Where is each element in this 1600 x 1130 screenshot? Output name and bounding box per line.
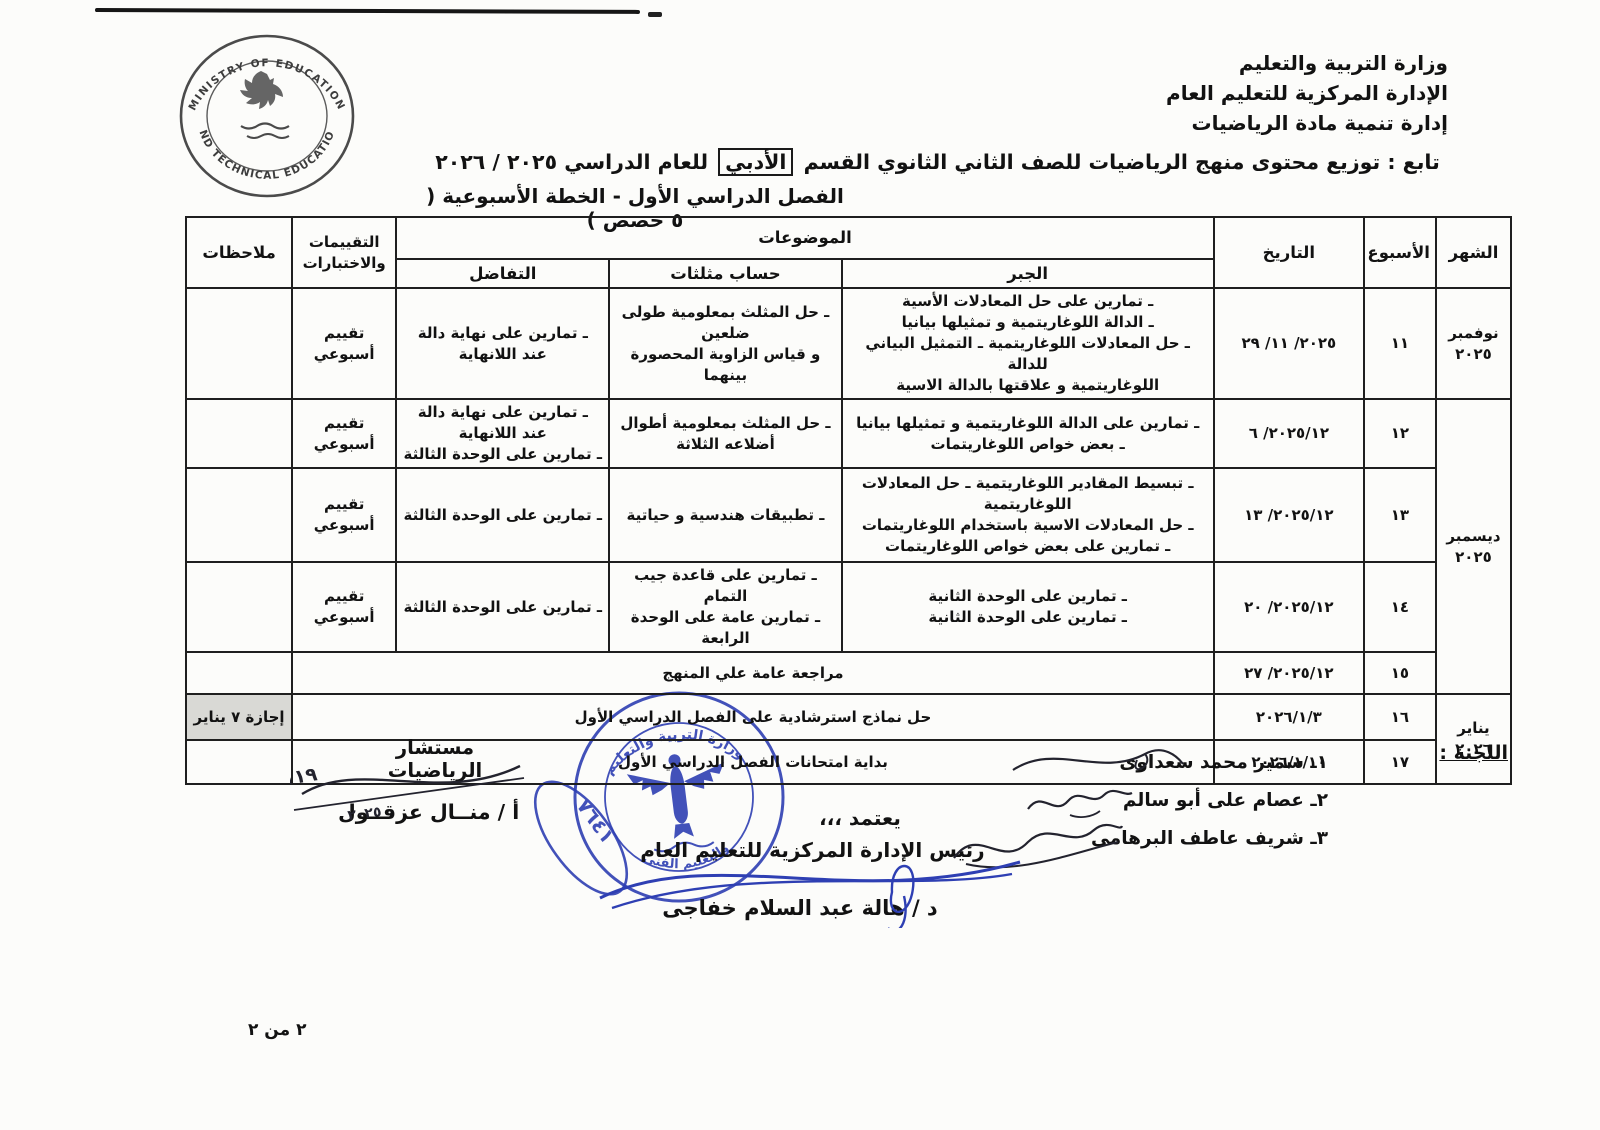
notes-cell (186, 288, 292, 399)
header-calculus: التفاضل (396, 259, 609, 288)
trigonometry-topics-cell: ـ حل المثلث بمعلومية أطوال أضلاعه الثلاث… (609, 399, 841, 468)
merged-activity-cell: مراجعة عامة علي المنهج (292, 652, 1214, 694)
week-cell: ١٣ (1364, 468, 1436, 562)
table-row-week-14: ١٤ ٢٠٢٥/١٢/ ٢٠ ـ تمارين على الوحدة الثان… (186, 562, 1511, 652)
approver-signature (592, 836, 1032, 928)
month-cell: ديسمبر ٢٠٢٥ (1436, 399, 1511, 694)
calculus-topics-cell: ـ تمارين على نهاية دالة عند اللانهاية ـ … (396, 399, 609, 468)
header-evaluations: التقييمات والاختبارات (292, 217, 396, 288)
evaluation-cell: تقييم أسبوعي (292, 468, 396, 562)
notes-cell (186, 399, 292, 468)
table-row-week-13: ١٣ ٢٠٢٥/١٢/ ١٣ ـ تبسيط المقادير اللوغاري… (186, 468, 1511, 562)
notes-cell (186, 740, 292, 784)
week-cell: ١٥ (1364, 652, 1436, 694)
date-cell: ٢٠٢٥/ ١١/ ٢٩ (1214, 288, 1364, 399)
notes-cell (186, 468, 292, 562)
title-suffix: للعام الدراسي ٢٠٢٥ / ٢٠٢٦ (435, 150, 708, 174)
evaluation-cell: تقييم أسبوعي (292, 288, 396, 399)
header-topics: الموضوعات (396, 217, 1214, 259)
header-algebra: الجبر (842, 259, 1214, 288)
week-cell: ١٦ (1364, 694, 1436, 740)
ministry-line-1: وزارة التربية والتعليم (1166, 48, 1448, 78)
header-week: الأسبوع (1364, 217, 1436, 288)
notes-cell-holiday: إجازة ٧ يناير (186, 694, 292, 740)
date-cell: ٢٠٢٥/١٢/ ٢٧ (1214, 652, 1364, 694)
date-cell: ٢٠٢٥/١٢/ ٢٠ (1214, 562, 1364, 652)
scan-artifact-line (95, 8, 640, 14)
document-title: تابع : توزيع محتوى منهج الرياضيات للصف ا… (420, 148, 1455, 176)
algebra-topics-cell: ـ تمارين على الدالة اللوغاريتمية و تمثيل… (842, 399, 1214, 468)
header-trigonometry: حساب مثلثات (609, 259, 841, 288)
header-notes: ملاحظات (186, 217, 292, 288)
ministry-line-3: إدارة تنمية مادة الرياضيات (1166, 108, 1448, 138)
algebra-topics-cell: ـ تمارين على حل المعادلات الأسية ـ الدال… (842, 288, 1214, 399)
header-month: الشهر (1436, 217, 1511, 288)
calculus-topics-cell: ـ تمارين على نهاية دالة عند اللانهاية (396, 288, 609, 399)
month-cell: نوفمبر ٢٠٢٥ (1436, 288, 1511, 399)
seal-calligraphy-stroke (241, 124, 289, 129)
week-cell: ١٢ (1364, 399, 1436, 468)
evaluation-cell: تقييم أسبوعي (292, 399, 396, 468)
document-page: MINISTRY OF EDUCATION AND TECHNICAL EDUC… (0, 0, 1600, 1130)
page-number: ٢ من ٢ (248, 1020, 306, 1040)
table-row-week-11: نوفمبر ٢٠٢٥ ١١ ٢٠٢٥/ ١١/ ٢٩ ـ تمارين على… (186, 288, 1511, 399)
advisor-signature: ٨١١٩ ٢٠٢٥ (290, 750, 535, 828)
trigonometry-topics-cell: ـ حل المثلث بمعلومية طولى ضلعين و قياس ا… (609, 288, 841, 399)
header-date: التاريخ (1214, 217, 1364, 288)
date-cell: ٢٠٢٥/١٢/ ١٣ (1214, 468, 1364, 562)
date-cell: ٢٠٢٥/١٢/ ٦ (1214, 399, 1364, 468)
month-cell: يناير ٢٠٢٦ (1436, 694, 1511, 784)
advisor-sig-year: ٢٠٢٥ (347, 804, 383, 824)
trigonometry-topics-cell: ـ تطبيقات هندسية و حياتية (609, 468, 841, 562)
week-cell: ١٤ (1364, 562, 1436, 652)
seal-calligraphy-stroke2 (247, 134, 289, 138)
scan-artifact-dot (648, 12, 662, 17)
notes-cell (186, 562, 292, 652)
algebra-topics-cell: ـ تمارين على الوحدة الثانية ـ تمارين على… (842, 562, 1214, 652)
calculus-topics-cell: ـ تمارين على الوحدة الثالثة (396, 562, 609, 652)
notes-cell (186, 652, 292, 694)
ministry-line-2: الإدارة المركزية للتعليم العام (1166, 78, 1448, 108)
curriculum-table: الشهر الأسبوع التاريخ الموضوعات التقييما… (185, 216, 1512, 785)
week-cell: ١٧ (1364, 740, 1436, 784)
title-prefix: تابع : توزيع محتوى منهج الرياضيات للصف ا… (804, 150, 1440, 174)
algebra-topics-cell: ـ تبسيط المقادير اللوغاريتمية ـ حل المعا… (842, 468, 1214, 562)
eagle-icon (240, 71, 283, 109)
merged-activity-cell: حل نماذج استرشادية على الفصل الدراسي الأ… (292, 694, 1214, 740)
table-row-week-16: يناير ٢٠٢٦ ١٦ ٢٠٢٦/١/٣ حل نماذج استرشادي… (186, 694, 1511, 740)
ministry-name-block: وزارة التربية والتعليم الإدارة المركزية … (1166, 48, 1448, 138)
table-row-week-12: ديسمبر ٢٠٢٥ ١٢ ٢٠٢٥/١٢/ ٦ ـ تمارين على ا… (186, 399, 1511, 468)
evaluation-cell: تقييم أسبوعي (292, 562, 396, 652)
ministry-emblem-seal: MINISTRY OF EDUCATION AND TECHNICAL EDUC… (175, 30, 360, 202)
title-boxed-section: الأدبي (718, 148, 793, 176)
calculus-topics-cell: ـ تمارين على الوحدة الثالثة (396, 468, 609, 562)
date-cell: ٢٠٢٦/١/٣ (1214, 694, 1364, 740)
week-cell: ١١ (1364, 288, 1436, 399)
trigonometry-topics-cell: ـ تمارين على قاعدة جيب التمام ـ تمارين ع… (609, 562, 841, 652)
table-row-week-15: ١٥ ٢٠٢٥/١٢/ ٢٧ مراجعة عامة علي المنهج (186, 652, 1511, 694)
committee-heading: اللجنة : (1439, 742, 1508, 764)
